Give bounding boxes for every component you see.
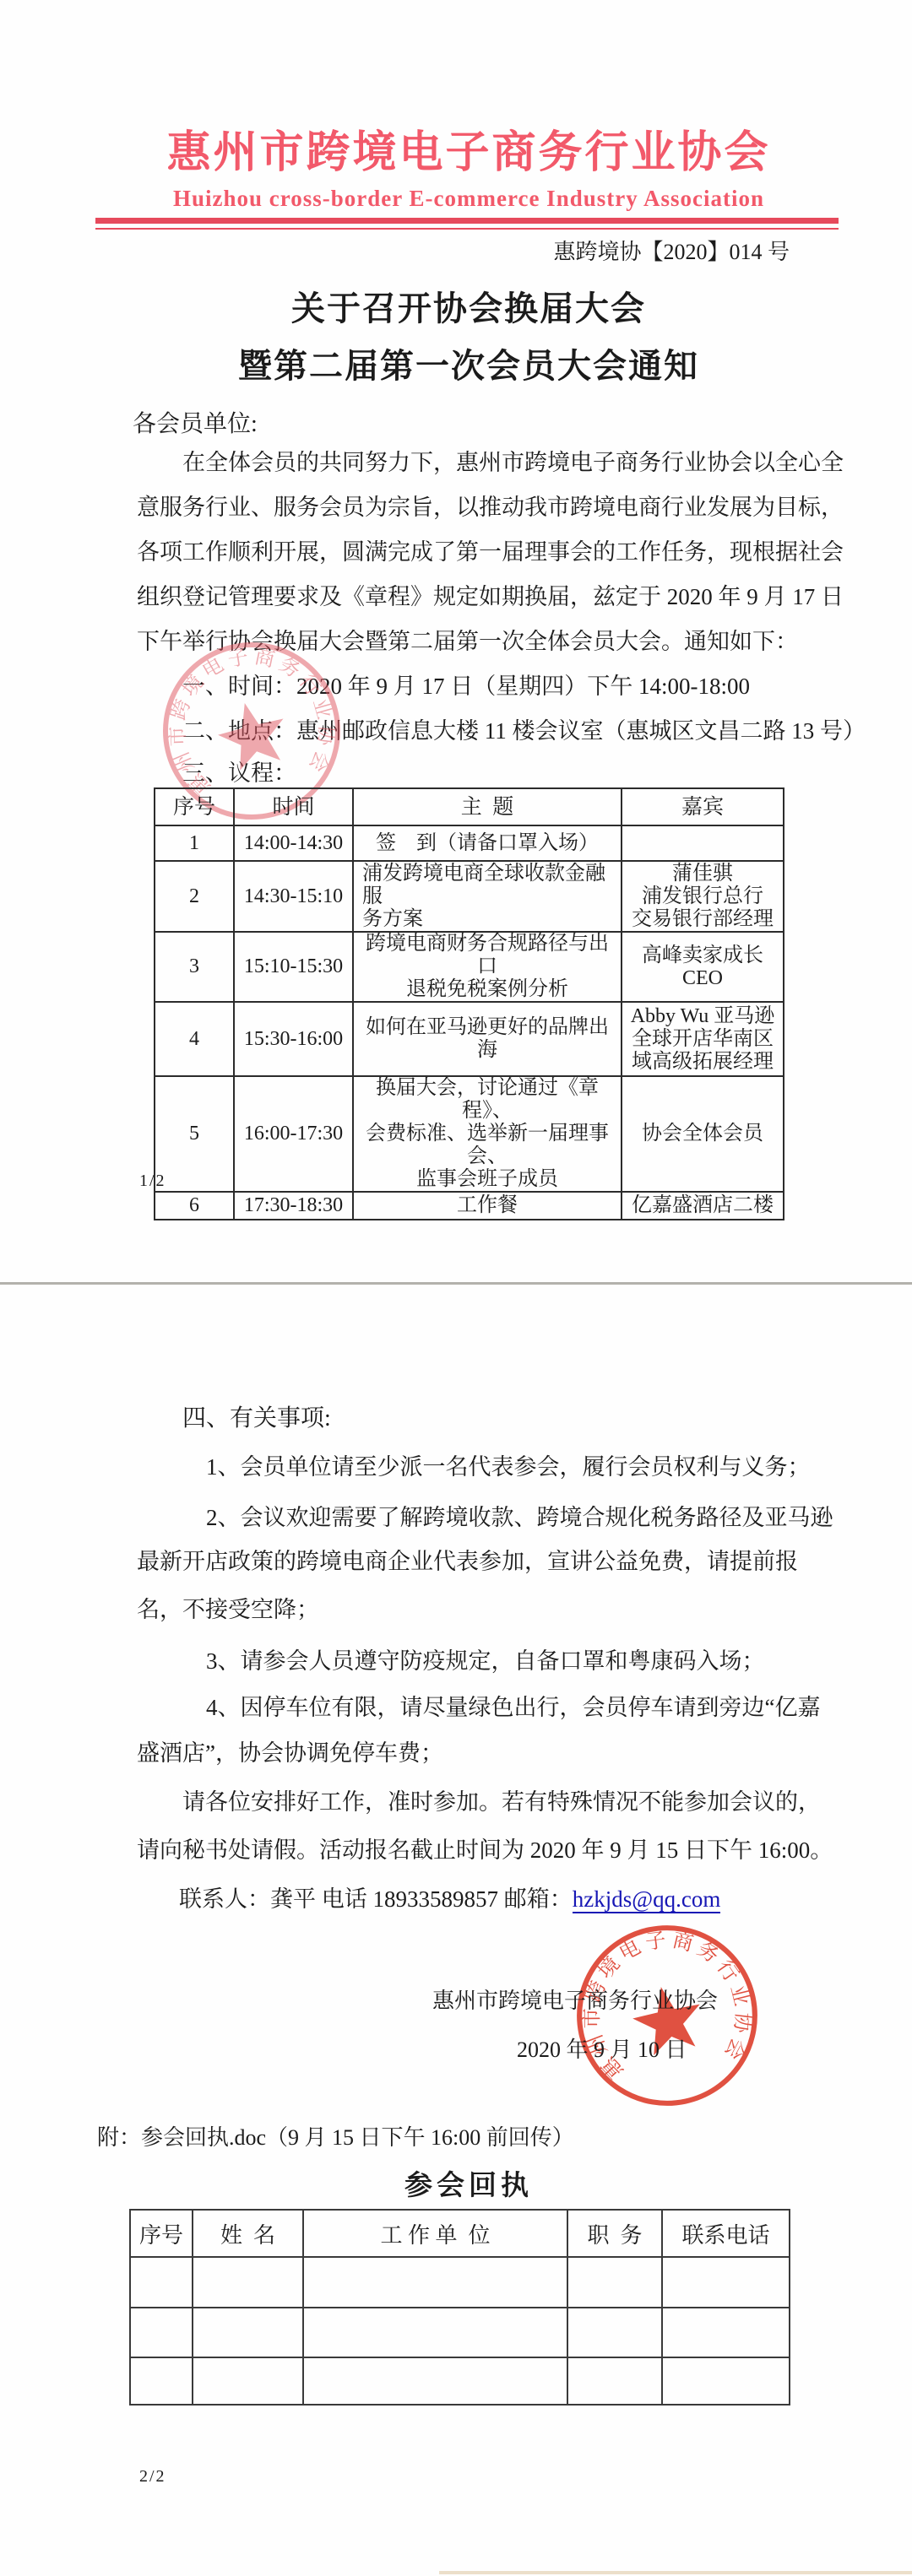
reply-cell: [130, 2357, 193, 2405]
contact-email-link[interactable]: hzkjds@qq.com: [573, 1886, 721, 1913]
scan-edge-artifact: [439, 2571, 912, 2574]
agenda-cell-guest: 蒲佳骐 浦发银行总行 交易银行部经理: [622, 861, 784, 932]
agenda-cell-time: 14:00-14:30: [234, 825, 353, 861]
agenda-cell-time: 17:30-18:30: [234, 1192, 353, 1220]
agenda-row: 3 15:10-15:30 跨境电商财务合规路径与出口 退税免税案例分析 高峰卖…: [155, 932, 784, 1002]
paragraph-line: 在全体会员的共同努力下，惠州市跨境电子商务行业协会以全心全: [182, 450, 844, 475]
doc-number: 惠跨境协【2020】014 号: [553, 235, 790, 266]
paragraph-line: 组织登记管理要求及《章程》规定如期换届，兹定于 2020 年 9 月 17 日: [137, 584, 844, 609]
agenda-cell-guest: Abby Wu 亚马逊 全球开店华南区 域高级拓展经理: [622, 1002, 784, 1076]
reply-empty-row: [130, 2357, 790, 2405]
agenda-cell-topic: 签 到（请备口罩入场）: [353, 825, 622, 861]
note-line: 最新开店政策的跨境电商企业代表参加，宣讲公益免费，请提前报: [137, 1549, 798, 1574]
header-double-rule: [95, 218, 839, 230]
notice-title-line2: 暨第二届第一次会员大会通知: [25, 339, 912, 387]
reply-cell: [130, 2308, 193, 2357]
agenda-row: 5 16:00-17:30 换届大会，讨论通过《章程》、 会费标准、选举新一届理…: [155, 1076, 784, 1192]
page-1: 惠州市跨境电子商务行业协会 Huizhou cross-border E-com…: [0, 0, 912, 1284]
reply-cell: [567, 2308, 662, 2357]
paragraph-line: 各项工作顺利开展，圆满完成了第一届理事会的工作任务，现根据社会: [137, 539, 844, 565]
reply-cell: [662, 2308, 790, 2357]
reply-col-name: 姓 名: [193, 2210, 303, 2257]
item-time: 一、时间：2020 年 9 月 17 日（星期四）下午 14:00-18:00: [182, 674, 750, 699]
agenda-col-topic: 主 题: [353, 788, 622, 825]
note-line: 2、会议欢迎需要了解跨境收款、跨境合规化税务路径及亚马逊: [206, 1505, 833, 1530]
agenda-cell-no: 1: [155, 825, 234, 861]
paragraph-line: 下午举行协会换届大会暨第二届第一次全体会员大会。通知如下：: [137, 629, 798, 654]
signature-date: 2020 年 9 月 10 日: [517, 2032, 687, 2064]
attachment-note: 附：参会回执.doc（9 月 15 日下午 16:00 前回传）: [97, 2125, 574, 2151]
salutation: 各会员单位:: [133, 405, 258, 439]
reply-empty-row: [130, 2257, 790, 2308]
reply-header-row: 序号 姓 名 工 作 单 位 职 务 联系电话: [130, 2210, 790, 2257]
reply-cell: [303, 2257, 567, 2308]
agenda-cell-time: 16:00-17:30: [234, 1076, 353, 1192]
agenda-cell-no: 5: [155, 1076, 234, 1192]
agenda-col-time: 时间: [234, 788, 353, 825]
reply-col-no: 序号: [130, 2210, 193, 2257]
reply-col-position: 职 务: [567, 2210, 662, 2257]
note-line: 4、因停车位有限，请尽量绿色出行，会员停车请到旁边“亿嘉: [206, 1695, 820, 1720]
reply-cell: [303, 2357, 567, 2405]
agenda-row: 6 17:30-18:30 工作餐 亿嘉盛酒店二楼: [155, 1192, 784, 1220]
agenda-header-row: 序号 时间 主 题 嘉宾: [155, 788, 784, 825]
signature-org: 惠州市跨境电子商务行业协会: [432, 1983, 718, 2015]
reply-col-phone: 联系电话: [662, 2210, 790, 2257]
agenda-col-no: 序号: [155, 788, 234, 825]
agenda-cell-no: 6: [155, 1192, 234, 1220]
reply-cell: [193, 2308, 303, 2357]
reply-cell: [193, 2357, 303, 2405]
agenda-row: 4 15:30-16:00 如何在亚马逊更好的品牌出海 Abby Wu 亚马逊 …: [155, 1002, 784, 1076]
reply-cell: [567, 2357, 662, 2405]
agenda-cell-topic: 浦发跨境电商全球收款金融服 务方案: [353, 861, 622, 932]
agenda-col-guest: 嘉宾: [622, 788, 784, 825]
agenda-cell-time: 14:30-15:10: [234, 861, 353, 932]
agenda-cell-topic: 换届大会，讨论通过《章程》、 会费标准、选举新一届理事会、 监事会班子成员: [353, 1076, 622, 1192]
item-place: 二、地点：惠州邮政信息大楼 11 楼会议室（惠城区文昌二路 13 号）: [182, 718, 866, 744]
reply-cell: [130, 2257, 193, 2308]
agenda-cell-topic: 如何在亚马逊更好的品牌出海: [353, 1002, 622, 1076]
notice-title-line1: 关于召开协会换届大会: [25, 282, 912, 330]
agenda-cell-time: 15:10-15:30: [234, 932, 353, 1002]
agenda-cell-guest: 亿嘉盛酒店二楼: [622, 1192, 784, 1220]
org-name-cn: 惠州市跨境电子商务行业协会: [25, 116, 912, 180]
reply-cell: [193, 2257, 303, 2308]
agenda-cell-no: 4: [155, 1002, 234, 1076]
reply-cell: [303, 2308, 567, 2357]
reply-form-title: 参会回执: [25, 2163, 912, 2203]
contact-line: 联系人：龚平 电话 18933589857 邮箱：hzkjds@qq.com: [179, 1886, 720, 1912]
document-scan: 惠州市跨境电子商务行业协会 Huizhou cross-border E-com…: [0, 0, 912, 2576]
section-heading: 四、有关事项:: [182, 1406, 331, 1431]
note-line: 名，不接受空降；: [137, 1597, 319, 1622]
contact-info: 联系人：龚平 电话 18933589857 邮箱：: [179, 1886, 573, 1912]
agenda-cell-guest: 高峰卖家成长 CEO: [622, 932, 784, 1002]
page-number: 2/2: [139, 2467, 166, 2487]
agenda-cell-guest: [622, 825, 784, 861]
note-line: 1、会员单位请至少派一名代表参会，履行会员权利与义务；: [206, 1454, 811, 1480]
seal-ring: [563, 1912, 771, 2119]
reply-table: 序号 姓 名 工 作 单 位 职 务 联系电话: [129, 2209, 790, 2406]
agenda-row: 2 14:30-15:10 浦发跨境电商全球收款金融服 务方案 蒲佳骐 浦发银行…: [155, 861, 784, 932]
agenda-cell-topic: 工作餐: [353, 1192, 622, 1220]
page-2: 四、有关事项: 1、会员单位请至少派一名代表参会，履行会员权利与义务； 2、会议…: [0, 1284, 912, 2576]
agenda-cell-time: 15:30-16:00: [234, 1002, 353, 1076]
agenda-cell-topic: 跨境电商财务合规路径与出口 退税免税案例分析: [353, 932, 622, 1002]
note-line: 请各位安排好工作，准时参加。若有特殊情况不能参加会议的，: [182, 1789, 821, 1815]
org-name-en: Huizhou cross-border E-commerce Industry…: [25, 186, 912, 212]
agenda-cell-no: 2: [155, 861, 234, 932]
agenda-cell-no: 3: [155, 932, 234, 1002]
note-line: 请向秘书处请假。活动报名截止时间为 2020 年 9 月 15 日下午 16:0…: [137, 1837, 833, 1863]
paragraph-line: 意服务行业、服务会员为宗旨，以推动我市跨境电商行业发展为目标，: [137, 495, 844, 520]
reply-cell: [662, 2357, 790, 2405]
note-line: 3、请参会人员遵守防疫规定，自备口罩和粤康码入场；: [206, 1648, 765, 1674]
agenda-row: 1 14:00-14:30 签 到（请备口罩入场）: [155, 825, 784, 861]
reply-empty-row: [130, 2308, 790, 2357]
agenda-table: 序号 时间 主 题 嘉宾 1 14:00-14:30 签 到（请备口罩入场） 2…: [154, 787, 784, 1220]
red-seal-stamp: 惠州市跨境电子商务行业协会: [555, 1903, 779, 2128]
reply-col-company: 工 作 单 位: [303, 2210, 567, 2257]
note-line: 盛酒店”，协会协调免停车费；: [137, 1740, 443, 1766]
item-agenda: 三、议程：: [182, 760, 296, 786]
reply-cell: [567, 2257, 662, 2308]
agenda-cell-guest: 协会全体会员: [622, 1076, 784, 1192]
reply-cell: [662, 2257, 790, 2308]
page-number: 1/2: [139, 1172, 166, 1191]
